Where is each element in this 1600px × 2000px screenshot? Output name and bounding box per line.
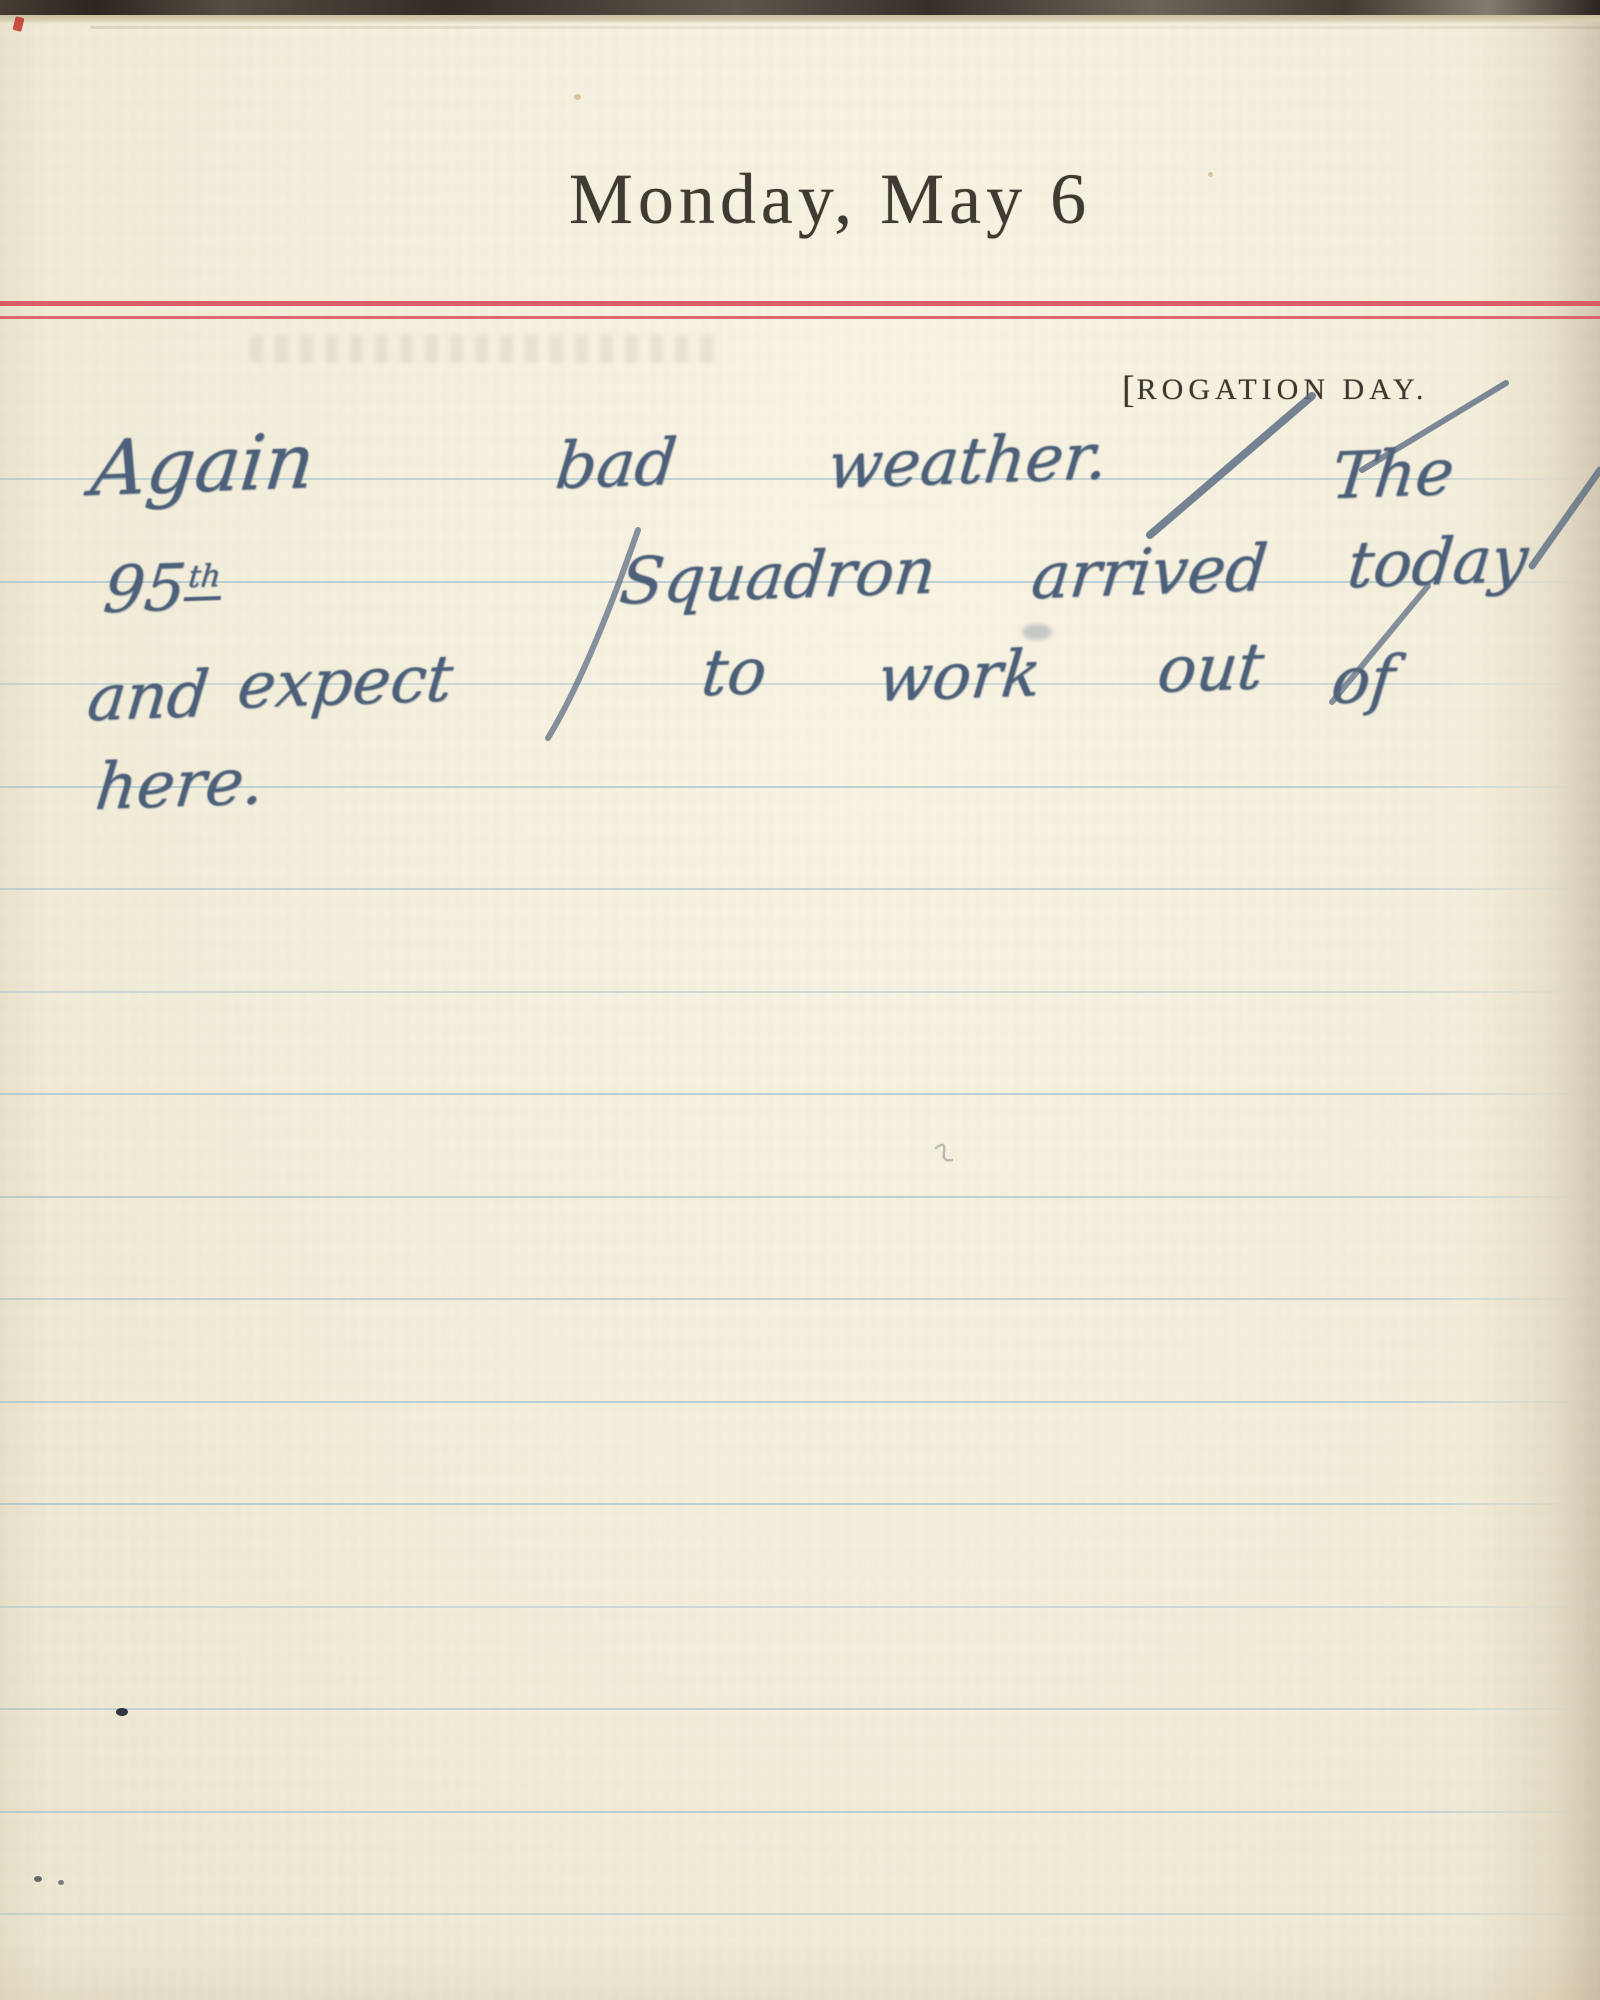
hw-word: to [698,635,770,712]
foxing-spot [1208,172,1213,177]
hw-word: work [874,637,1044,717]
diary-page: Monday, May 6 [ROGATION DAY. Again bad w… [0,0,1600,2000]
hw-word: weather. [824,420,1111,504]
hw-word: Squadron [616,534,939,619]
ink-speck [34,1876,42,1882]
hw-word: of [1328,643,1398,719]
hw-word: Again [87,416,318,513]
foxing-spot [574,94,581,100]
handwritten-entry: Again bad weather. The 95th Squadron arr… [0,0,1600,2000]
ink-speck [116,1708,128,1716]
hw-word: and [84,658,212,737]
hw-ordinal: th [184,557,225,600]
hw-word: expect [234,642,456,724]
ink-smudge [1022,624,1052,640]
hw-word: here. [92,745,268,825]
hw-word: bad [552,426,680,505]
hw-word: The [1328,436,1458,515]
hw-word-95th: 95th [100,550,225,628]
hw-word: out [1154,630,1267,708]
hw-number: 95 [100,551,189,628]
hw-word: arrived [1028,532,1270,615]
hw-word: today [1344,523,1531,604]
ink-speck [58,1880,64,1885]
